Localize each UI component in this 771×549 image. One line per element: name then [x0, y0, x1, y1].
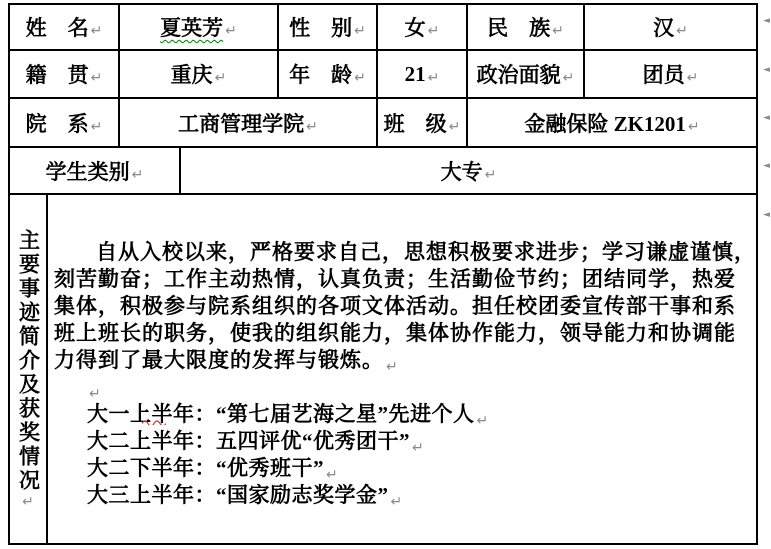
political-status-label: 政治面貌	[477, 59, 561, 89]
paragraph-mark-icon: ↵	[306, 120, 318, 134]
political-status-value: 团员	[643, 59, 685, 89]
age-label: 年 龄	[289, 59, 352, 89]
table-row: 学生类别↵ 大专↵	[10, 148, 756, 195]
paragraph-mark-icon: ↵	[687, 71, 699, 85]
paragraph-mark-icon: ↵	[326, 467, 338, 483]
award-text: 大二下半年：“优秀班干”	[87, 456, 324, 480]
paragraph-mark-icon: ↵	[485, 168, 497, 182]
paragraph-text: 刻苦勤奋；工作主动热情，认真负责；生活勤俭节约；团结同学，热爱	[54, 267, 736, 291]
department-label: 院 系	[26, 108, 89, 138]
department-value: 工商管理学院	[178, 108, 304, 138]
paragraph-mark-icon: ↵	[22, 495, 34, 509]
paragraph-mark-icon: ↵	[89, 386, 101, 402]
paragraph-mark-icon: ↵	[428, 24, 440, 38]
spellcheck-red-squiggle-icon	[142, 420, 166, 425]
table-row: 籍 贯↵ 重庆↵ 年 龄↵ 21↵ 政治面貌↵ 团员↵	[10, 51, 756, 99]
paragraph-line: 自从入校以来，严格要求自己，思想积极要求进步；学习谦虚谨慎，	[54, 239, 756, 266]
birthplace-value-cell[interactable]: 重庆↵	[120, 51, 279, 99]
paragraph-mark-icon: ↵	[354, 24, 366, 38]
paragraph-mark-icon: ↵	[688, 120, 700, 134]
gender-value-cell[interactable]: 女↵	[378, 5, 468, 51]
class-label-cell[interactable]: 班 级↵	[378, 99, 468, 148]
row-end-mark-icon: ◄	[763, 17, 770, 26]
paragraph-mark-icon: ↵	[563, 71, 575, 85]
class-value: 金融保险 ZK1201	[524, 108, 686, 138]
birthplace-label: 籍 贯	[26, 59, 89, 89]
row-end-mark-icon: ◄	[763, 162, 770, 171]
row-end-mark-icon: ◄	[763, 211, 770, 220]
paragraph-line: 班上班长的职务，使我的组织能力，集体协作能力，领导能力和协调能	[54, 320, 756, 347]
row-end-mark-icon: ◄	[763, 66, 770, 75]
name-label: 姓 名	[26, 12, 89, 42]
department-value-cell[interactable]: 工商管理学院↵	[120, 99, 378, 148]
paragraph-mark-icon: ↵	[225, 24, 237, 38]
award-line: 大三上半年：“国家励志奖学金”↵	[87, 482, 756, 509]
student-category-value: 大专	[441, 156, 483, 186]
paragraph-mark-icon: ↵	[91, 24, 103, 38]
paragraph-mark-icon: ↵	[449, 120, 461, 134]
paragraph-line: 力得到了最大限度的发挥与锻炼。↵	[54, 347, 756, 374]
paragraph-mark-icon: ↵	[477, 413, 489, 429]
paragraph-mark-icon: ↵	[676, 24, 688, 38]
age-label-cell[interactable]: 年 龄↵	[279, 51, 378, 99]
gender-label: 性 别	[289, 12, 352, 42]
ethnicity-label-cell[interactable]: 民 族↵	[468, 5, 585, 51]
paragraph-mark-icon: ↵	[91, 120, 103, 134]
birthplace-label-cell[interactable]: 籍 贯↵	[10, 51, 120, 99]
ethnicity-value-cell[interactable]: 汉↵	[585, 5, 756, 51]
ethnicity-label: 民 族	[487, 12, 550, 42]
paragraph-mark-icon: ↵	[428, 71, 440, 85]
birthplace-value: 重庆	[171, 59, 213, 89]
paragraph-text: 自从入校以来，严格要求自己，思想积极要求进步；学习谦虚谨慎，	[96, 240, 756, 264]
empty-line: ↵	[87, 374, 756, 401]
paragraph-text: 班上班长的职务，使我的组织能力，集体协作能力，领导能力和协调能	[54, 321, 736, 345]
paragraph-mark-icon: ↵	[391, 494, 403, 510]
achievements-section-label: 主要事迹简介及获奖情况	[18, 229, 39, 493]
student-category-label: 学生类别	[46, 156, 130, 186]
paragraph-mark-icon: ↵	[354, 71, 366, 85]
paragraph-mark-icon: ↵	[91, 71, 103, 85]
award-text: 大三上半年：“国家励志奖学金”	[87, 483, 389, 507]
class-label: 班 级	[384, 108, 447, 138]
table-row: 主要事迹简介及获奖情况↵ 自从入校以来，严格要求自己，思想积极要求进步；学习谦虚…	[10, 195, 756, 543]
paragraph-text: 集体，积极参与院系组织的各项文体活动。担任校团委宣传部干事和系	[54, 294, 736, 318]
student-info-table: 姓 名↵ 夏英芳↵ 性 别↵ 女↵ 民 族↵ 汉↵ 籍 贯↵	[8, 3, 758, 545]
student-category-label-cell[interactable]: 学生类别↵	[10, 148, 181, 195]
award-text: 大二上半年：五四评优“优秀团干”	[87, 429, 410, 453]
achievements-content-cell[interactable]: 自从入校以来，严格要求自己，思想积极要求进步；学习谦虚谨慎， 刻苦勤奋；工作主动…	[48, 195, 756, 543]
gender-label-cell[interactable]: 性 别↵	[279, 5, 378, 51]
achievements-section-label-cell[interactable]: 主要事迹简介及获奖情况↵	[10, 195, 48, 543]
award-line: 大二下半年：“优秀班干”↵	[87, 455, 756, 482]
awards-block: ↵ 大一上半年：“第七届艺海之星”先进个人↵ 大二上半年：五四评优“优秀团干”↵…	[54, 374, 756, 509]
age-value-cell[interactable]: 21↵	[378, 51, 468, 99]
table-row: 院 系↵ 工商管理学院↵ 班 级↵ 金融保险 ZK1201↵	[10, 99, 756, 148]
name-value: 夏英芳	[160, 12, 223, 42]
department-label-cell[interactable]: 院 系↵	[10, 99, 120, 148]
document-page: 姓 名↵ 夏英芳↵ 性 别↵ 女↵ 民 族↵ 汉↵ 籍 贯↵	[0, 0, 771, 549]
name-value-cell[interactable]: 夏英芳↵	[120, 5, 279, 51]
paragraph-text: 力得到了最大限度的发挥与锻炼。	[54, 348, 384, 372]
paragraph-mark-icon: ↵	[386, 359, 399, 375]
political-status-label-cell[interactable]: 政治面貌↵	[468, 51, 585, 99]
award-line: 大一上半年：“第七届艺海之星”先进个人↵	[87, 401, 756, 428]
table-row: 姓 名↵ 夏英芳↵ 性 别↵ 女↵ 民 族↵ 汉↵	[10, 5, 756, 51]
ethnicity-value: 汉	[653, 12, 674, 42]
class-value-cell[interactable]: 金融保险 ZK1201↵	[468, 99, 756, 148]
gender-value: 女	[405, 12, 426, 42]
paragraph-mark-icon: ↵	[552, 24, 564, 38]
row-end-mark-icon: ◄	[763, 114, 770, 123]
paragraph-mark-icon: ↵	[412, 440, 424, 456]
age-value: 21	[405, 62, 426, 87]
paragraph-mark-icon: ↵	[215, 71, 227, 85]
name-label-cell[interactable]: 姓 名↵	[10, 5, 120, 51]
paragraph-line: 集体，积极参与院系组织的各项文体活动。担任校团委宣传部干事和系	[54, 293, 756, 320]
political-status-value-cell[interactable]: 团员↵	[585, 51, 756, 99]
award-line: 大二上半年：五四评优“优秀团干”↵	[87, 428, 756, 455]
paragraph-mark-icon: ↵	[132, 168, 144, 182]
student-category-value-cell[interactable]: 大专↵	[181, 148, 756, 195]
paragraph-line: 刻苦勤奋；工作主动热情，认真负责；生活勤俭节约；团结同学，热爱	[54, 266, 756, 293]
